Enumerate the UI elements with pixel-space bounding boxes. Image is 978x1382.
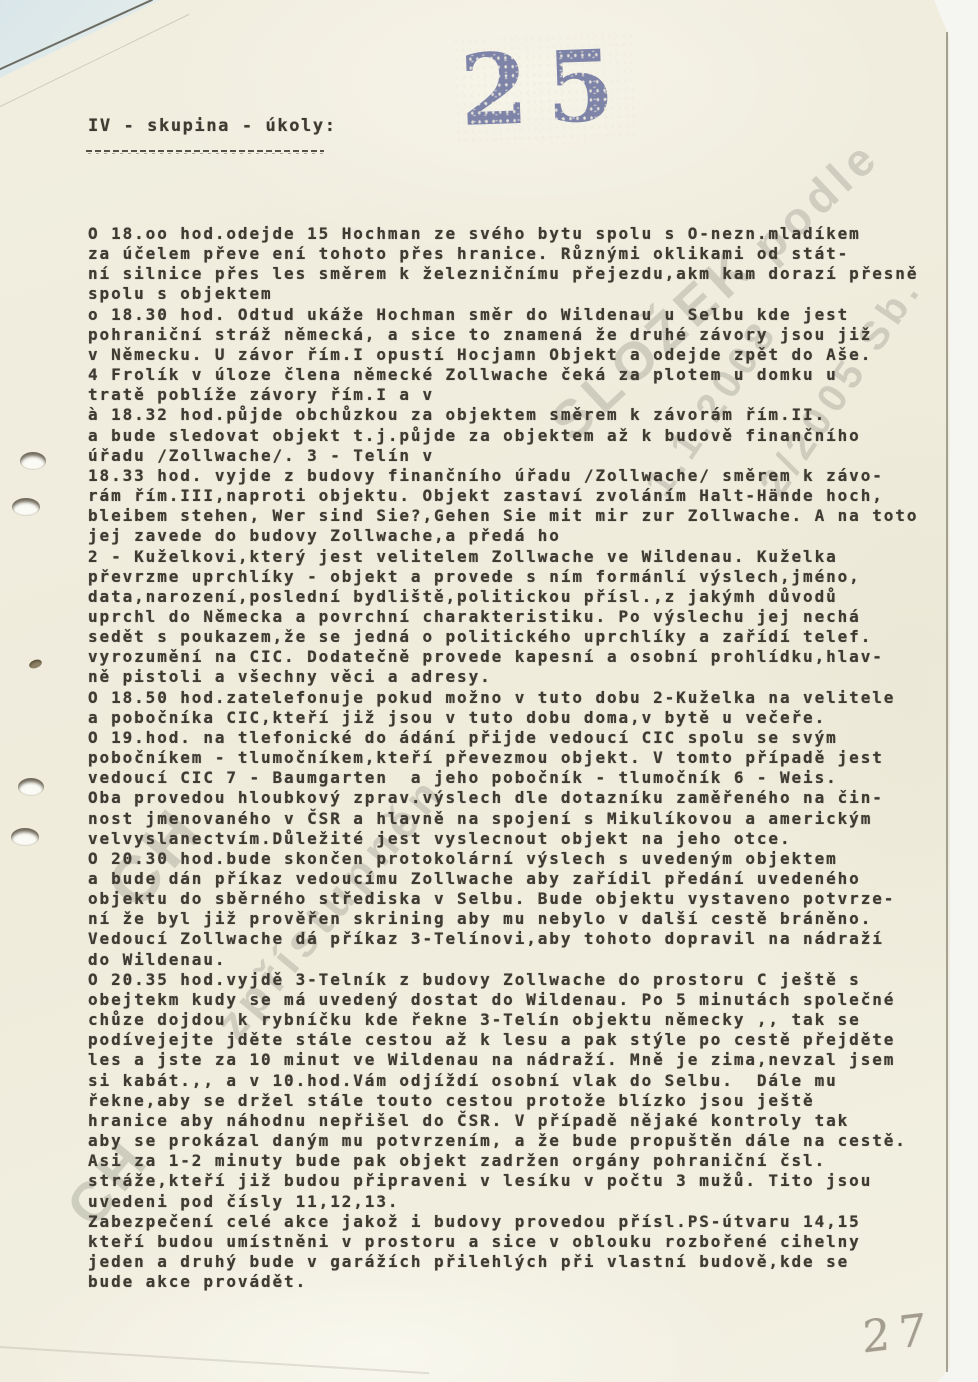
punch-hole: [11, 828, 39, 846]
text-line: les a jste za 10 minut ve Wildenau na ná…: [88, 1050, 958, 1070]
text-line: data,narození,poslední bydliště,politick…: [88, 587, 958, 607]
text-line: chůze dojdou k rybníčku kde řekne 3-Telí…: [88, 1010, 958, 1030]
text-line: sedět s poukazem,že se jedná o politické…: [88, 627, 958, 647]
text-line: obejtekm kudy se má uvedený dostat do Wi…: [88, 990, 958, 1010]
text-line: aby se prokázal daným mu potvrzením, a ž…: [88, 1131, 958, 1151]
text-line: ně pistoli a všechny věci a adresy.: [88, 667, 958, 687]
text-line: jeden a druhý bude v garážích přilehlých…: [88, 1252, 958, 1272]
text-line: 18.33 hod. vyjde z budovy finančního úřa…: [88, 466, 958, 486]
text-line: za účelem převe ení tohoto přes hranice.…: [88, 244, 958, 264]
text-line: Oba provedou hloubkový zprav.výslech dle…: [88, 788, 958, 808]
text-line: a pobočníka CIC,kteří již jsou v tuto do…: [88, 708, 958, 728]
text-line: O 18.50 hod.zatelefonuje pokud možno v t…: [88, 688, 958, 708]
text-line: Vedoucí Zollwache dá příkaz 3-Telínovi,a…: [88, 929, 958, 949]
text-line: ní silnice přes les směrem k železničním…: [88, 264, 958, 284]
punch-hole: [18, 778, 44, 796]
section-title: IV - skupina - úkoly:: [88, 116, 337, 136]
text-line: kteří budou umístněni v prostoru a sice …: [88, 1232, 958, 1252]
text-line: vedoucí CIC 7 - Baumgarten a jeho pobočn…: [88, 768, 958, 788]
text-line: Asi za 1-2 minuty bude pak objekt zadrže…: [88, 1151, 958, 1171]
text-line: si kabát.,, a v 10.hod.Vám odjíždí osobn…: [88, 1071, 958, 1091]
handwritten-page-number: 27: [862, 1303, 934, 1363]
text-line: bude akce provádět.: [88, 1272, 958, 1292]
text-line: jej zavede do budovy Zollwache,a předá h…: [88, 526, 958, 546]
text-line: 2 - Kuželkovi,který jest velitelem Zollw…: [88, 547, 958, 567]
typewritten-text-block: O 18.oo hod.odejde 15 Hochman ze svého b…: [88, 224, 958, 1292]
text-line: velvyslanectvím.Důležité jest vyslecnout…: [88, 829, 958, 849]
punch-hole: [12, 498, 40, 516]
text-line: převrzme uprchlíky - objekt a provede s …: [88, 567, 958, 587]
text-line: ní že byl již prověřen skrining aby mu n…: [88, 909, 958, 929]
text-line: stráže,kteří již budou připraveni v lesí…: [88, 1171, 958, 1191]
text-line: pobočníkem - tlumočníkem,kteří převezmou…: [88, 748, 958, 768]
text-line: hranice aby náhodnu nepřišel do ČSR. V p…: [88, 1111, 958, 1131]
text-line: podívejejte jděte stále cestou až k lesu…: [88, 1030, 958, 1050]
text-line: O 20.35 hod.vyjdě 3-Telník z budovy Zoll…: [88, 970, 958, 990]
text-line: uprchl do Německa a povrchní charakteris…: [88, 607, 958, 627]
text-line: spolu s objektem: [88, 284, 958, 304]
text-line: o 18.30 hod. Odtud ukáže Hochman směr do…: [88, 305, 958, 325]
text-line: O 18.oo hod.odejde 15 Hochman ze svého b…: [88, 224, 958, 244]
text-line: O 20.30 hod.bude skončen protokolární vý…: [88, 849, 958, 869]
text-line: v Německu. U závor řím.I opustí Hocjamn …: [88, 345, 958, 365]
text-line: Zabezpečení celé akce jakož i budovy pro…: [88, 1212, 958, 1232]
scanned-document-page: SLOŽEKpodle1.1.20082/2005 Sb.CHzpřístupn…: [0, 0, 978, 1382]
text-line: vyrozumění na CIC. Dodatečně provede kap…: [88, 647, 958, 667]
text-line: do Wildenau.: [88, 950, 958, 970]
page-number-stamp: 25: [458, 37, 634, 141]
text-line: tratě poblíže závory řím.I a v: [88, 385, 958, 405]
text-line: 4 Frolík v úloze člena německé Zollwache…: [88, 365, 958, 385]
punch-hole: [20, 452, 46, 470]
text-line: à 18.32 hod.půjde obchůzkou za objektem …: [88, 405, 958, 425]
text-line: objektu do sběrného střediska v Selbu. B…: [88, 889, 958, 909]
text-line: pohraniční stráž německá, a sice to znam…: [88, 325, 958, 345]
text-line: řekne,aby se držel stále touto cestou pr…: [88, 1091, 958, 1111]
text-line: a bude sledovat objekt t.j.půjde za obje…: [88, 426, 958, 446]
title-underline: [86, 150, 324, 154]
text-line: rám řím.III,naproti objektu. Objekt zast…: [88, 486, 958, 506]
text-line: nost jmenovaného v ČSR a hlavně na spoje…: [88, 809, 958, 829]
text-line: a bude dán příkaz vedoucímu Zollwache ab…: [88, 869, 958, 889]
text-line: O 19.hod. na tlefonické do ádání přijde …: [88, 728, 958, 748]
text-line: úřadu /Zollwache/. 3 - Telín v: [88, 446, 958, 466]
text-line: uvedeni pod čísly 11,12,13.: [88, 1192, 958, 1212]
text-line: bleibem stehen, Wer sind Sie?,Gehen Sie …: [88, 506, 958, 526]
